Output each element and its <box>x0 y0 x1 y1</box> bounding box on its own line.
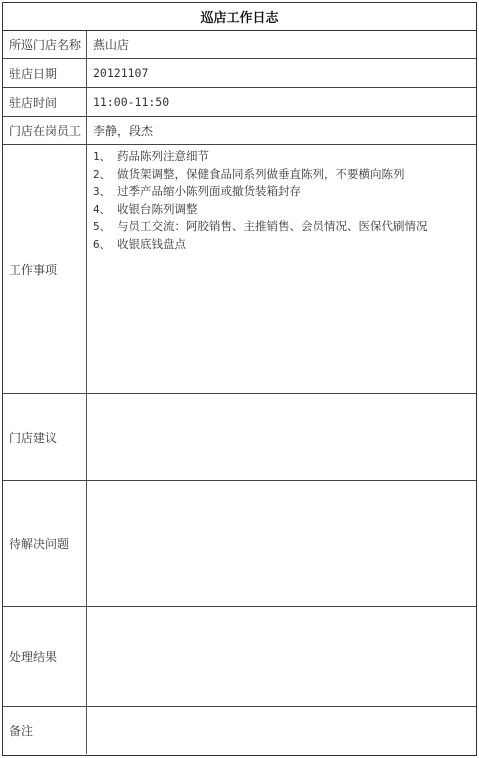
remarks-label: 备注 <box>3 707 87 754</box>
work-item-number: 6、 <box>93 236 117 254</box>
row-visit-time: 驻店时间 11:00-11:50 <box>3 88 476 117</box>
store-suggestions-value[interactable] <box>87 394 476 480</box>
visit-time-value[interactable]: 11:00-11:50 <box>87 88 476 116</box>
work-item: 5、与员工交流：阿胶销售、主推销售、会员情况、医保代刷情况 <box>93 218 428 236</box>
visit-date-label: 驻店日期 <box>3 59 87 87</box>
work-item-text: 药品陈列注意细节 <box>117 149 209 163</box>
work-item-number: 3、 <box>93 183 117 201</box>
work-item-text: 收银台陈列调整 <box>117 202 198 216</box>
row-store-name: 所巡门店名称 燕山店 <box>3 31 476 59</box>
work-item: 2、做货架调整，保健食品同系列做垂直陈列，不要横向陈列 <box>93 166 428 184</box>
work-item: 3、过季产品缩小陈列面或撤货装箱封存 <box>93 183 428 201</box>
row-work-items: 工作事项 1、药品陈列注意细节 2、做货架调整，保健食品同系列做垂直陈列，不要横… <box>3 145 476 394</box>
work-item-number: 5、 <box>93 218 117 236</box>
row-resolution: 处理结果 <box>3 607 476 707</box>
store-name-value[interactable]: 燕山店 <box>87 31 476 58</box>
work-items-list: 1、药品陈列注意细节 2、做货架调整，保健食品同系列做垂直陈列，不要横向陈列 3… <box>93 148 428 254</box>
staff-on-duty-label: 门店在岗员工 <box>3 117 87 144</box>
work-item-number: 2、 <box>93 166 117 184</box>
form-title: 巡店工作日志 <box>3 3 476 31</box>
row-pending-issues: 待解决问题 <box>3 481 476 607</box>
work-item: 1、药品陈列注意细节 <box>93 148 428 166</box>
visit-time-label: 驻店时间 <box>3 88 87 116</box>
visit-date-value[interactable]: 20121107 <box>87 59 476 87</box>
work-items-value[interactable]: 1、药品陈列注意细节 2、做货架调整，保健食品同系列做垂直陈列，不要横向陈列 3… <box>87 145 476 393</box>
work-items-label: 工作事项 <box>3 145 87 393</box>
row-remarks: 备注 <box>3 707 476 754</box>
resolution-value[interactable] <box>87 607 476 706</box>
work-item: 4、收银台陈列调整 <box>93 201 428 219</box>
work-item: 6、收银底钱盘点 <box>93 236 428 254</box>
work-item-text: 收银底钱盘点 <box>117 237 186 251</box>
staff-on-duty-value[interactable]: 李静，段杰 <box>87 117 476 144</box>
work-item-number: 4、 <box>93 201 117 219</box>
pending-issues-label: 待解决问题 <box>3 481 87 606</box>
row-staff-on-duty: 门店在岗员工 李静，段杰 <box>3 117 476 145</box>
store-name-label: 所巡门店名称 <box>3 31 87 58</box>
work-item-text: 做货架调整，保健食品同系列做垂直陈列，不要横向陈列 <box>117 167 405 181</box>
remarks-value[interactable] <box>87 707 476 754</box>
work-item-text: 与员工交流：阿胶销售、主推销售、会员情况、医保代刷情况 <box>117 219 428 233</box>
work-item-text: 过季产品缩小陈列面或撤货装箱封存 <box>117 184 301 198</box>
work-item-number: 1、 <box>93 148 117 166</box>
work-log-form: 巡店工作日志 所巡门店名称 燕山店 驻店日期 20121107 驻店时间 11:… <box>2 2 477 756</box>
row-store-suggestions: 门店建议 <box>3 394 476 481</box>
row-visit-date: 驻店日期 20121107 <box>3 59 476 88</box>
pending-issues-value[interactable] <box>87 481 476 606</box>
store-suggestions-label: 门店建议 <box>3 394 87 480</box>
resolution-label: 处理结果 <box>3 607 87 706</box>
